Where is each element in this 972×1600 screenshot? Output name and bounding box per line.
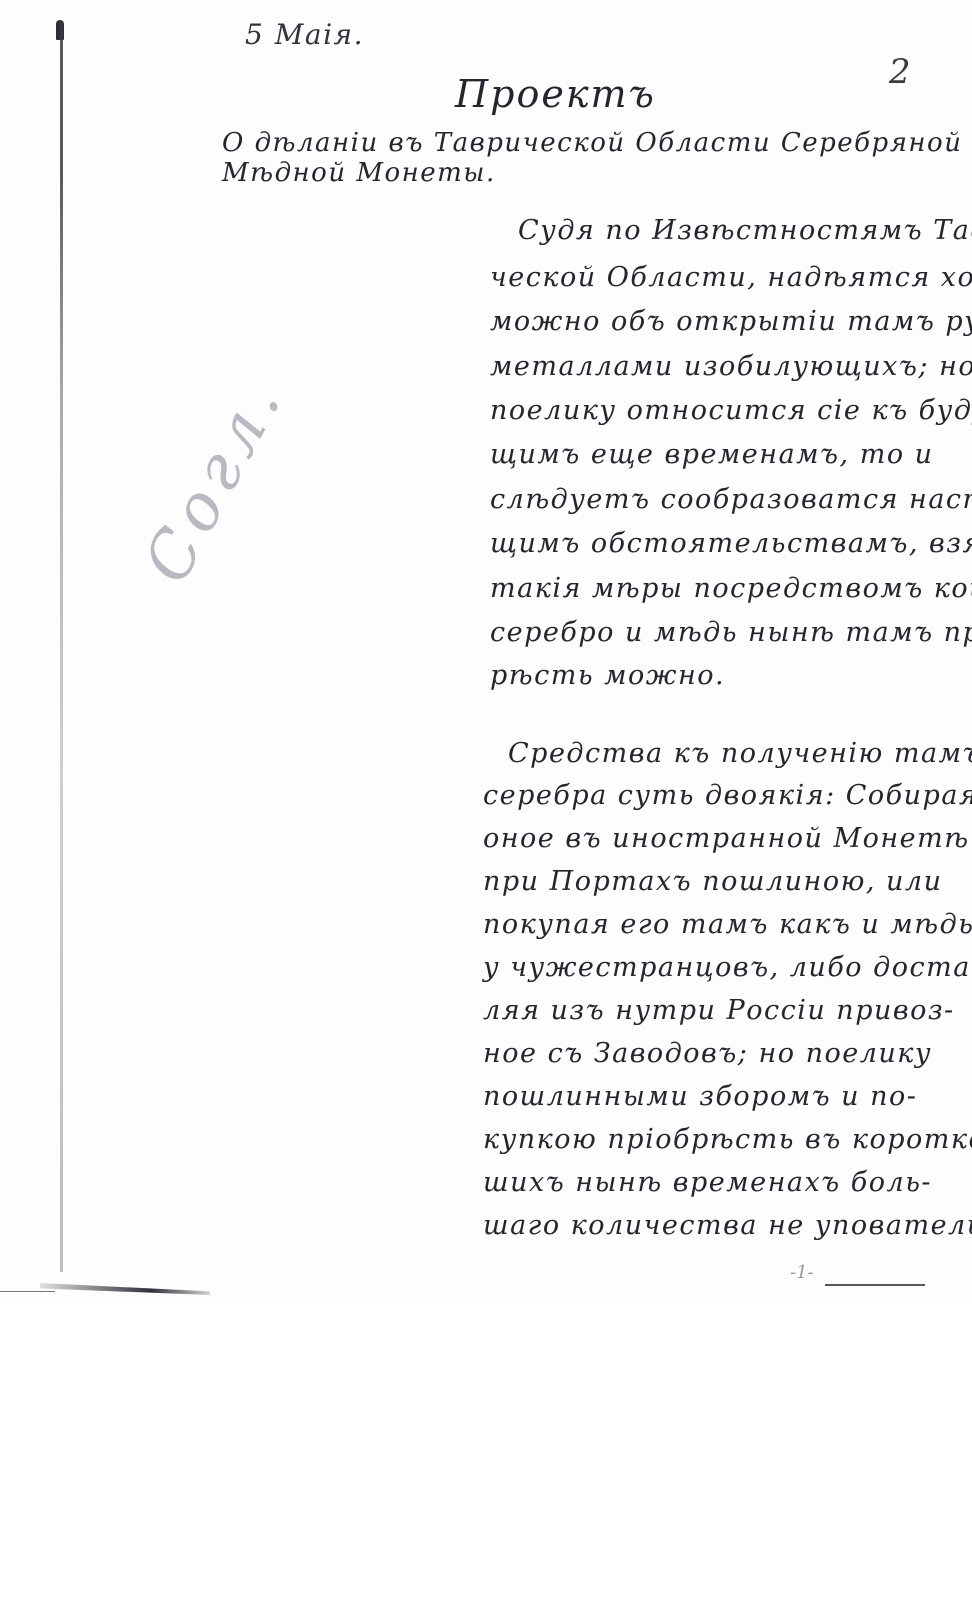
left-margin-line: [60, 22, 63, 1272]
text-line: купкою прiобрѣсть въ короткой: [483, 1124, 972, 1155]
page-edge-line: [0, 1291, 55, 1292]
manuscript-page: 5 Маiя. 2 Проектъ О дѣланiи въ Таврическ…: [0, 0, 972, 1300]
text-line: пошлинными зборомъ и по-: [483, 1081, 917, 1112]
subtitle-line: О дѣланiи въ Таврической Области Серебря…: [222, 128, 972, 158]
text-line: ное съ Заводовъ; но поелику: [483, 1038, 932, 1069]
text-line: при Портахъ пошлиною, или: [483, 866, 942, 897]
document-title: Проектъ: [455, 72, 656, 116]
text-line: Средства къ полученiю тамъ: [508, 738, 972, 769]
text-line: металлами изобилующихъ; но: [490, 351, 972, 382]
text-line: щимъ обстоятельствамъ, взявъ: [490, 528, 972, 559]
page-edge-line: [825, 1284, 925, 1286]
text-line: у чужестранцовъ, либо достав-: [483, 952, 972, 983]
subtitle-line: Мѣдной Монеты.: [222, 158, 496, 188]
text-line: поелику относится сiе къ буду-: [490, 395, 972, 426]
text-line: можно объ открытiи тамъ руды: [490, 306, 972, 337]
text-line: серебро и мѣдь нынѣ тамъ прiоб-: [490, 617, 972, 648]
text-line: такiя мѣры посредствомъ кои: [490, 573, 972, 604]
text-line: слѣдуетъ сообразоватся настоя-: [490, 484, 972, 515]
margin-annotation: Согл.: [130, 365, 299, 595]
page-number: 2: [889, 52, 912, 92]
text-line: шаго количества не уповательно,: [483, 1210, 972, 1241]
text-line: рѣсть можно.: [490, 660, 725, 691]
folio-mark: -1-: [790, 1262, 814, 1283]
text-line: ческой Области, надѣятся хотя и: [490, 262, 972, 293]
text-line: шихъ нынѣ временахъ боль-: [483, 1167, 932, 1198]
text-line: оное въ иностранной Монетѣ: [483, 823, 970, 854]
text-line: ляя изъ нутри Россiи привоз-: [483, 995, 955, 1026]
text-line: Судя по Извѣстностямъ Таври-: [518, 215, 972, 246]
text-line: покупая его тамъ какъ и мѣдь: [483, 909, 972, 940]
date-note: 5 Маiя.: [245, 18, 364, 51]
text-line: щимъ еще временамъ, то и: [490, 439, 934, 470]
scan-smudge: [40, 1283, 210, 1295]
text-line: серебра суть двоякiя: Собирая: [483, 780, 972, 811]
